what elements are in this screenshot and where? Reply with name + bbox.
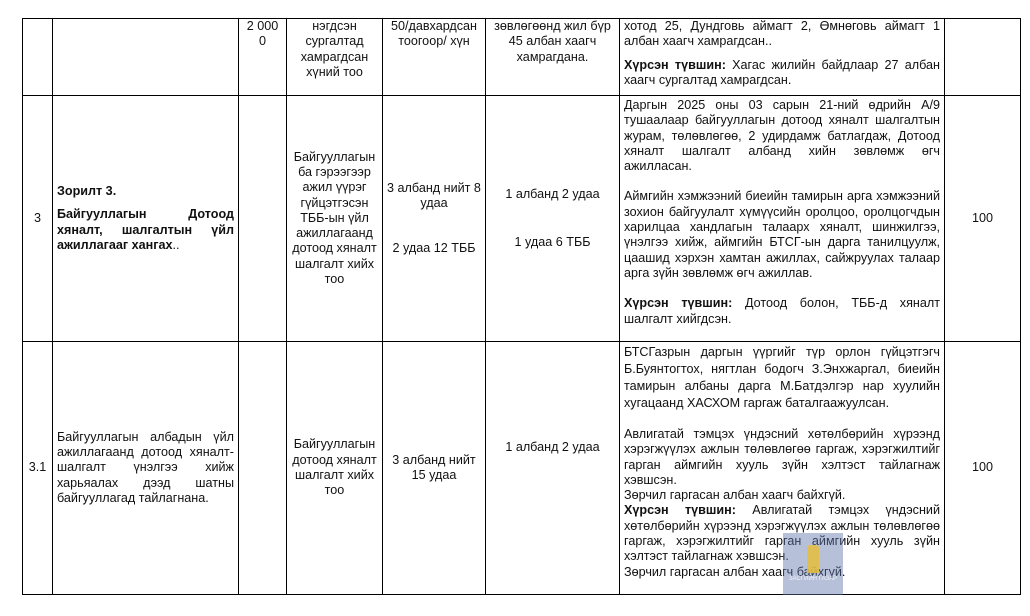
report-table: 2 000 0 нэгдсэн сургалтад хамрагдсан хүн…	[22, 18, 1021, 595]
target-cell: 3 албанд нийт 15 удаа	[383, 342, 486, 595]
score-cell: 100	[945, 342, 1021, 595]
score-cell: 100	[945, 96, 1021, 342]
report-cell: хотод 25, Дундговь аймагт 2, Өмнөговь ай…	[620, 19, 945, 96]
result-paragraph: Хүрсэн түвшин: Авлигатай тэмцэх үндэсний…	[624, 503, 940, 564]
target-cell: 50/давхардсан тоогоор/ хүн	[383, 19, 486, 96]
indicator-cell: Байгууллагын дотоод хяналт шалгалт хийх …	[287, 342, 383, 595]
result-tail: Зөрчил гаргасан албан хаагч байхгүй.	[624, 565, 940, 580]
target-cell: 3 албанд нийт 8 удаа 2 удаа 12 ТББ	[383, 96, 486, 342]
baseline-cell	[239, 96, 287, 342]
baseline-cell	[239, 342, 287, 595]
plan-cell: 1 албанд 2 удаа	[486, 342, 620, 595]
score-cell	[945, 19, 1021, 96]
target-a: 3 албанд нийт 8 удаа	[387, 181, 481, 212]
baseline-cell: 2 000 0	[239, 19, 287, 96]
report-paragraph: хотод 25, Дундговь аймагт 2, Өмнөговь ай…	[624, 19, 940, 50]
row-number: 3.1	[23, 342, 53, 595]
indicator-cell: нэгдсэн сургалтад хамрагдсан хүний тоо	[287, 19, 383, 96]
goal-cell	[53, 19, 239, 96]
report-paragraph: Авлигатай тэмцэх үндэсний хөтөлбөрийн хү…	[624, 427, 940, 488]
report-cell: Даргын 2025 оны 03 сарын 21-ний өдрийн А…	[620, 96, 945, 342]
plan-cell: зөвлөгөөнд жил бүр 45 албан хаагч хамраг…	[486, 19, 620, 96]
row-number	[23, 19, 53, 96]
indicator-cell: Байгууллагын ба гэрээгээр ажил үүрэг гүй…	[287, 96, 383, 342]
table-row: 2 000 0 нэгдсэн сургалтад хамрагдсан хүн…	[23, 19, 1021, 96]
table-row: 3.1 Байгууллагын албадын үйл ажиллагаанд…	[23, 342, 1021, 595]
goal-suffix: ..	[173, 238, 180, 252]
row-number: 3	[23, 96, 53, 342]
report-paragraph: Аймгийн хэмжээний биеийн тамирын арга хэ…	[624, 189, 940, 281]
report-paragraph: БТСГазрын даргын үүргийг түр орлон гүйцэ…	[624, 344, 940, 412]
goal-text: Байгууллагын Дотоод хяналт, шалгалтын үй…	[57, 207, 234, 252]
report-paragraph: Зөрчил гаргасан албан хаагч байхгүй.	[624, 488, 940, 503]
plan-b: 1 удаа 6 ТББ	[490, 235, 615, 250]
target-b: 2 удаа 12 ТББ	[387, 241, 481, 256]
plan-a: 1 албанд 2 удаа	[490, 187, 615, 202]
result-paragraph: Хүрсэн түвшин: Хагас жилийн байдлаар 27 …	[624, 58, 940, 89]
goal-cell: Зорилт 3. Байгууллагын Дотоод хяналт, ша…	[53, 96, 239, 342]
goal-cell: Байгууллагын албадын үйл ажиллагаанд дот…	[53, 342, 239, 595]
report-paragraph: Даргын 2025 оны 03 сарын 21-ний өдрийн А…	[624, 98, 940, 174]
table-row: 3 Зорилт 3. Байгууллагын Дотоод хяналт, …	[23, 96, 1021, 342]
report-cell: БТСГазрын даргын үүргийг түр орлон гүйцэ…	[620, 342, 945, 595]
result-paragraph: Хүрсэн түвшин: Дотоод болон, ТББ-д хянал…	[624, 296, 940, 327]
goal-title: Зорилт 3.	[57, 184, 234, 199]
result-label: Хүрсэн түвшин:	[624, 296, 732, 310]
result-label: Хүрсэн түвшин:	[624, 503, 736, 517]
plan-cell: 1 албанд 2 удаа 1 удаа 6 ТББ	[486, 96, 620, 342]
result-label: Хүрсэн түвшин:	[624, 58, 726, 72]
